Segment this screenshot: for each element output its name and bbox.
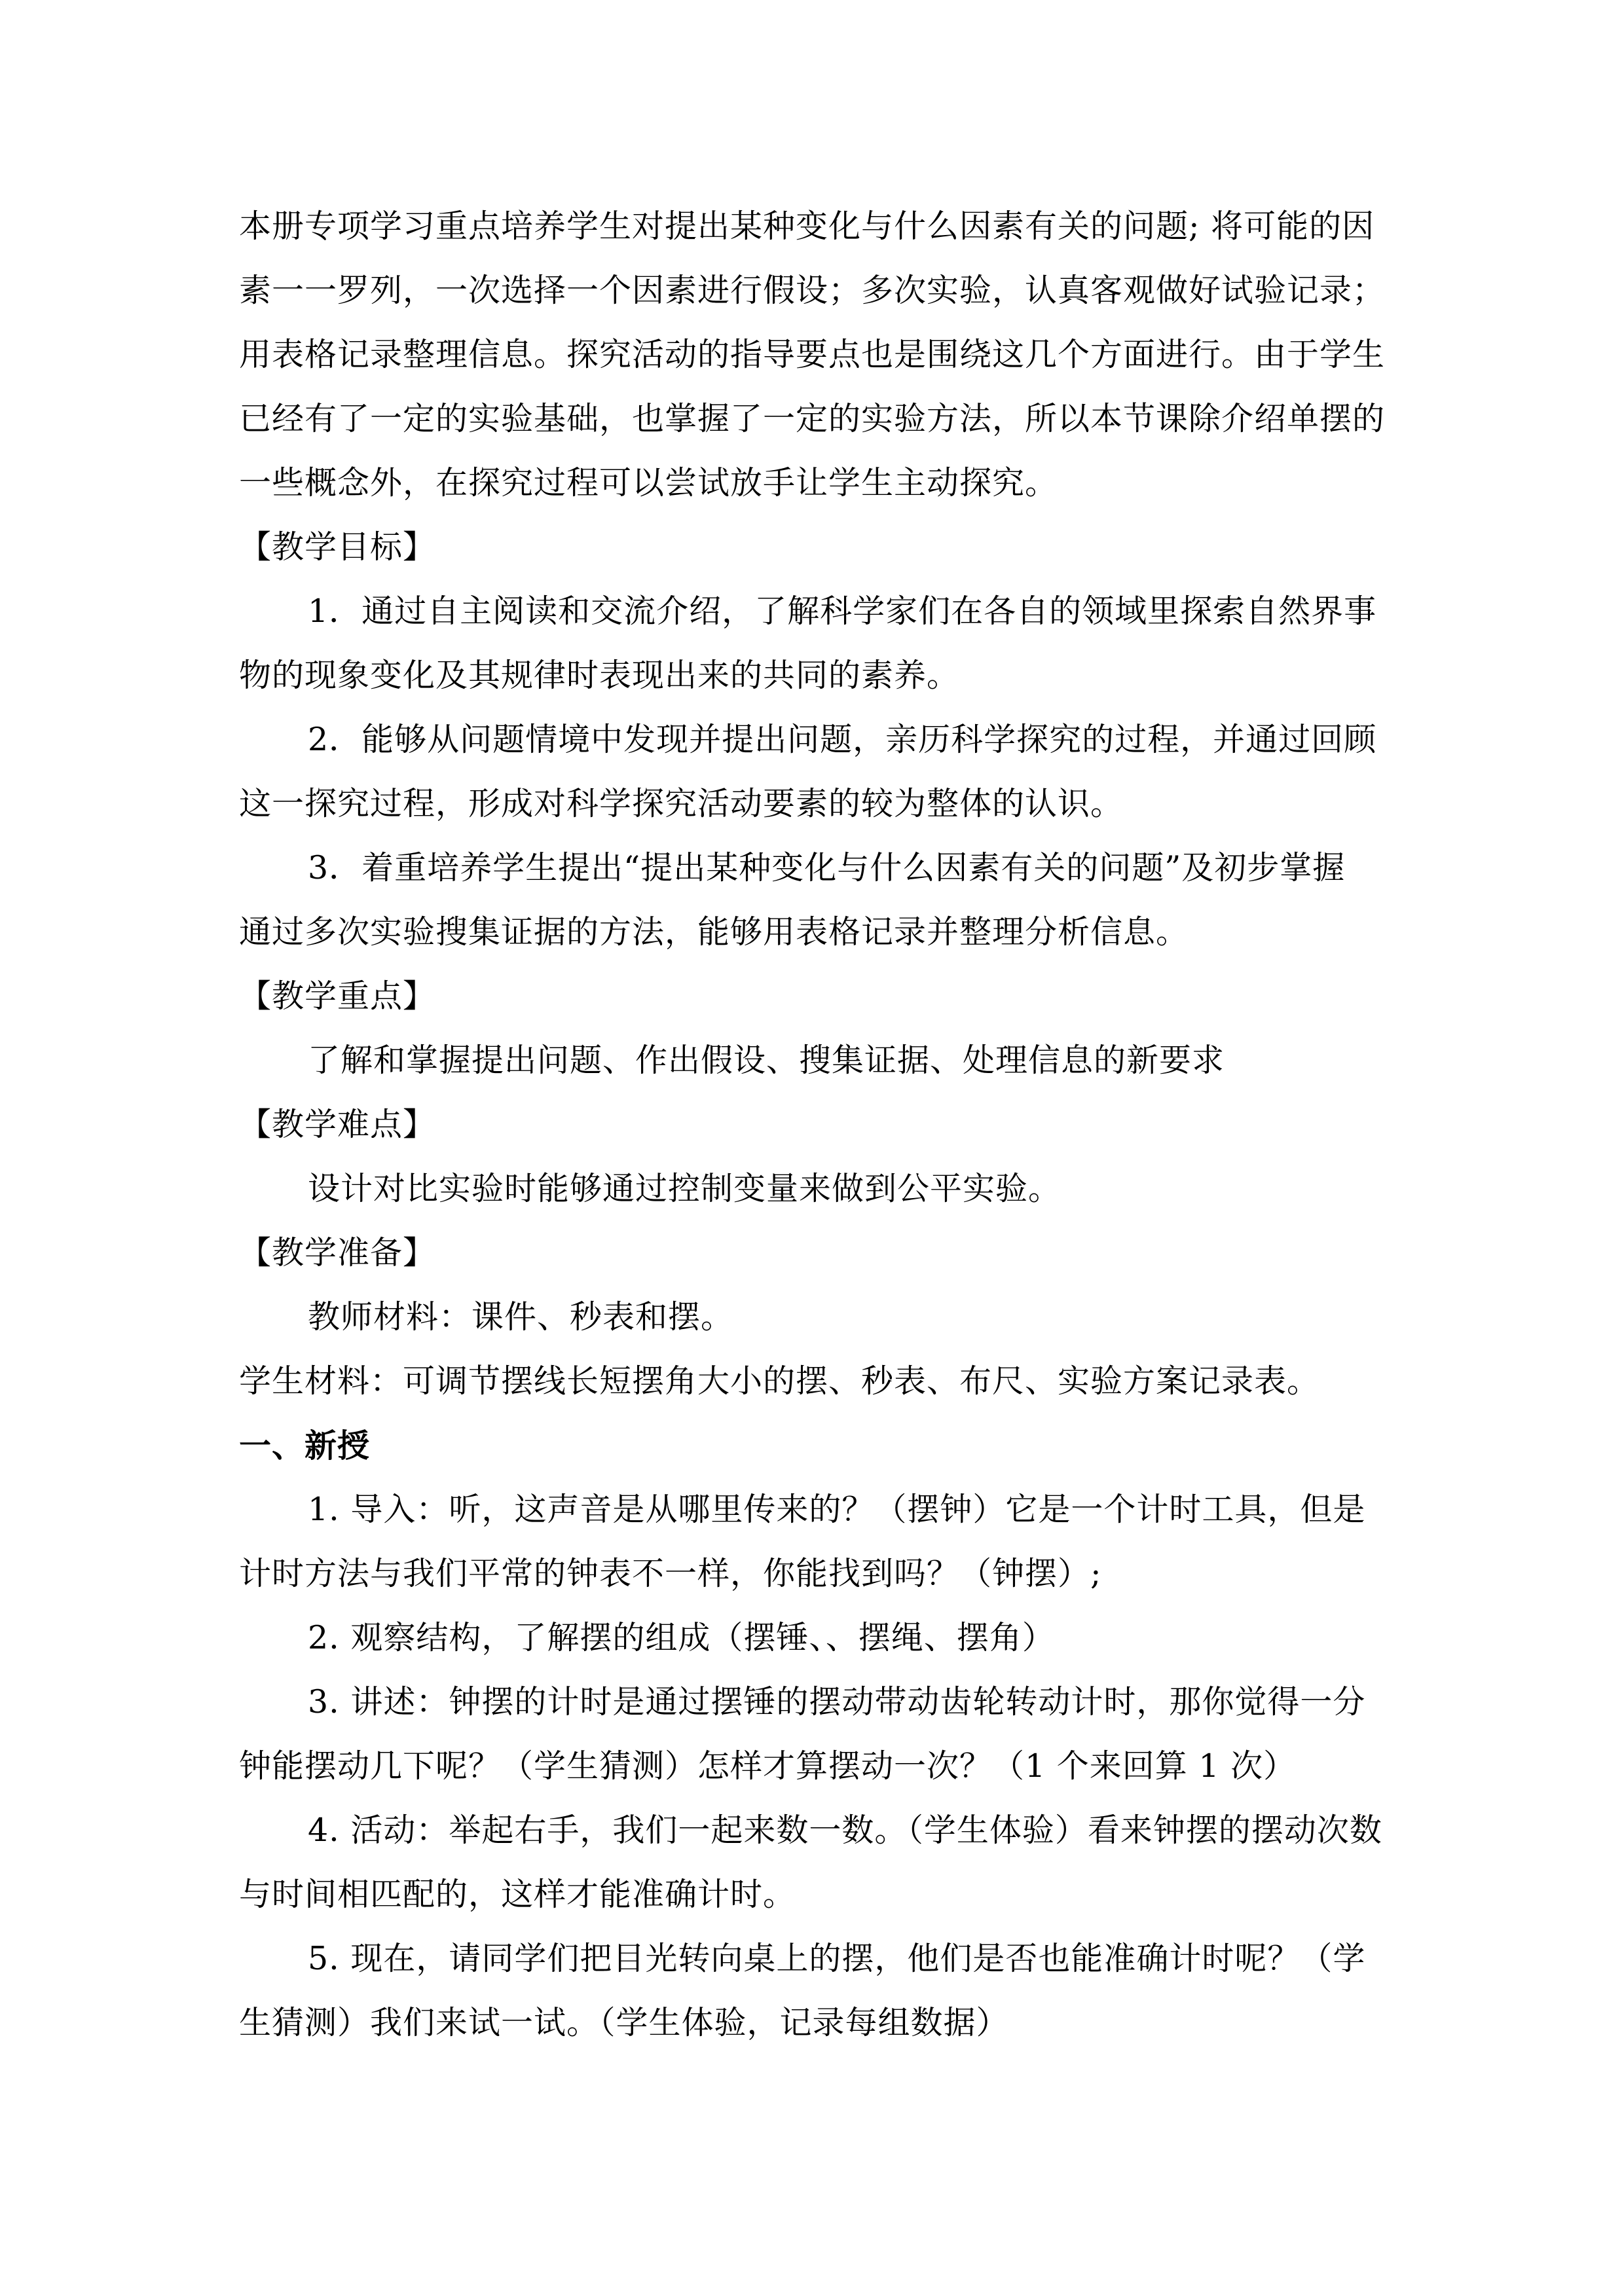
document-page: 本册专项学习重点培养学生对提出某种变化与什么因素有关的问题; 将可能的因素一一罗… [0,0,1624,2296]
text-line-9: 2．能够从问题情境中发现并提出问题，亲历科学探究的过程，并通过回顾 [239,708,1392,772]
text-line-26: 4. 活动：举起右手，我们一起来数一数。（学生体验）看来钟摆的摆动次数 [239,1798,1392,1863]
text-line-8: 物的现象变化及其规律时表现出来的共同的素养。 [239,644,1392,708]
text-line-21: 1. 导入：听，这声音是从哪里传来的？（摆钟）它是一个计时工具，但是 [239,1478,1392,1542]
text-line-19: 学生材料：可调节摆线长短摆角大小的摆、秒表、布尺、实验方案记录表。 [239,1349,1392,1413]
text-line-4: 已经有了一定的实验基础，也掌握了一定的实验方法，所以本节课除介绍单摆的 [239,387,1392,451]
text-line-28: 5. 现在，请同学们把目光转向桌上的摆，他们是否也能准确计时呢？（学 [239,1927,1392,1991]
text-line-17: 【教学准备】 [239,1221,1392,1285]
text-line-29: 生猜测）我们来试一试。（学生体验，记录每组数据） [239,1991,1392,2055]
text-line-23: 2. 观察结构，了解摆的组成（摆锤、、摆绳、摆角） [239,1606,1392,1670]
text-line-3: 用表格记录整理信息。探究活动的指导要点也是围绕这几个方面进行。由于学生 [239,323,1392,387]
text-line-16: 设计对比实验时能够通过控制变量来做到公平实验。 [239,1157,1392,1221]
text-line-14: 了解和掌握提出问题、作出假设、搜集证据、处理信息的新要求 [239,1029,1392,1093]
text-line-7: 1．通过自主阅读和交流介绍，了解科学家们在各自的领域里探索自然界事 [239,579,1392,644]
text-line-20: 一、新授 [239,1413,1392,1478]
text-line-18: 教师材料：课件、秒表和摆。 [239,1285,1392,1349]
text-line-6: 【教学目标】 [239,515,1392,579]
text-line-22: 计时方法与我们平常的钟表不一样，你能找到吗？（钟摆）; [239,1542,1392,1606]
document-text: 本册专项学习重点培养学生对提出某种变化与什么因素有关的问题; 将可能的因素一一罗… [239,194,1392,2055]
text-line-27: 与时间相匹配的，这样才能准确计时。 [239,1863,1392,1927]
text-line-24: 3. 讲述：钟摆的计时是通过摆锤的摆动带动齿轮转动计时，那你觉得一分 [239,1670,1392,1734]
text-line-12: 通过多次实验搜集证据的方法，能够用表格记录并整理分析信息。 [239,900,1392,964]
text-line-13: 【教学重点】 [239,964,1392,1029]
text-line-2: 素一一罗列，一次选择一个因素进行假设；多次实验，认真客观做好试验记录； [239,259,1392,323]
text-line-1: 本册专项学习重点培养学生对提出某种变化与什么因素有关的问题; 将可能的因 [239,194,1392,259]
text-line-25: 钟能摆动几下呢？（学生猜测）怎样才算摆动一次？（1 个来回算 1 次） [239,1734,1392,1798]
text-line-15: 【教学难点】 [239,1093,1392,1157]
text-line-11: 3．着重培养学生提出“提出某种变化与什么因素有关的问题”及初步掌握 [239,836,1392,900]
text-line-10: 这一探究过程，形成对科学探究活动要素的较为整体的认识。 [239,772,1392,836]
text-line-5: 一些概念外，在探究过程可以尝试放手让学生主动探究。 [239,451,1392,515]
